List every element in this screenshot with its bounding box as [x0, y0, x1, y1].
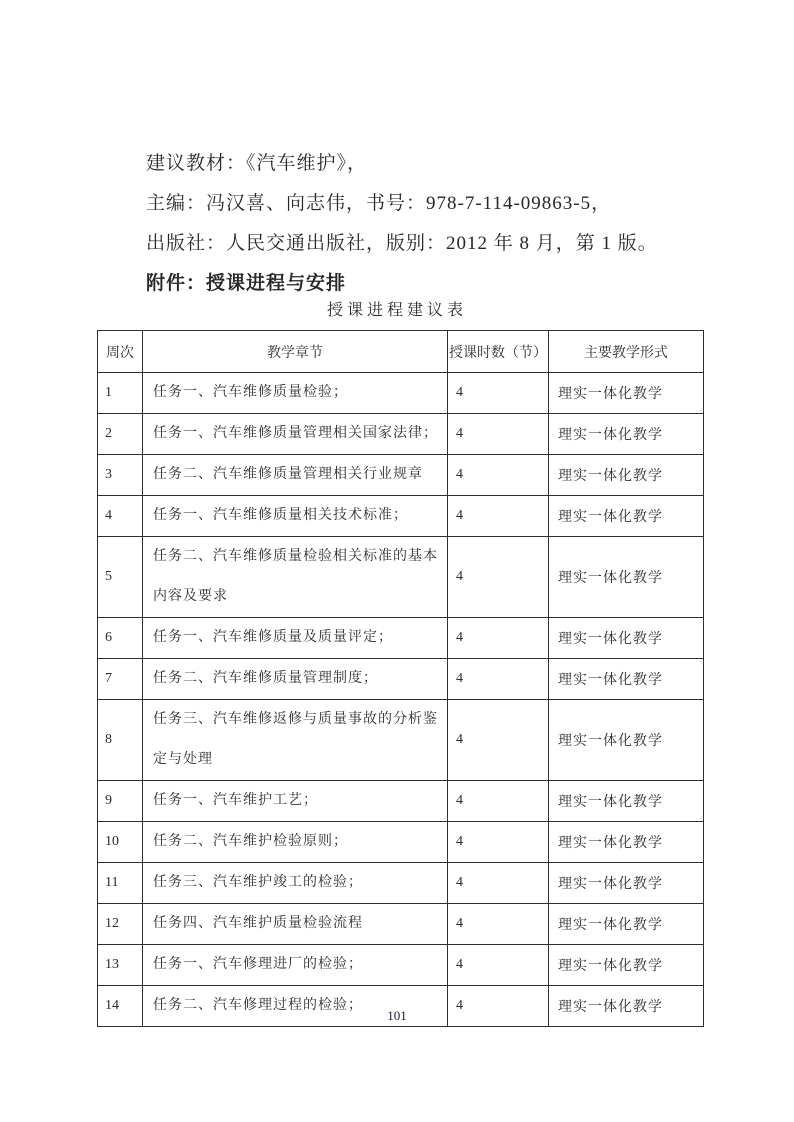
- table-row: 5 任务二、汽车维修质量检验相关标准的基本内容及要求 4 理实一体化教学: [98, 537, 704, 618]
- week-cell: 10: [98, 822, 143, 863]
- header-cell-chapter: 教学章节: [143, 331, 448, 373]
- hours-cell: 4: [448, 863, 549, 904]
- hours-cell: 4: [448, 700, 549, 781]
- table-row: 9 任务一、汽车维护工艺； 4 理实一体化教学: [98, 781, 704, 822]
- table-row: 11 任务三、汽车维护竣工的检验； 4 理实一体化教学: [98, 863, 704, 904]
- table-row: 12 任务四、汽车维护质量检验流程 4 理实一体化教学: [98, 904, 704, 945]
- form-cell: 理实一体化教学: [549, 822, 704, 863]
- week-cell: 3: [98, 455, 143, 496]
- chapter-cell: 任务一、汽车维修质量相关技术标准；: [143, 496, 448, 537]
- chapter-cell: 任务二、汽车维修质量管理制度；: [143, 659, 448, 700]
- hours-cell: 4: [448, 414, 549, 455]
- week-cell: 11: [98, 863, 143, 904]
- hours-cell: 4: [448, 537, 549, 618]
- table-row: 6 任务一、汽车维修质量及质量评定； 4 理实一体化教学: [98, 618, 704, 659]
- form-cell: 理实一体化教学: [549, 618, 704, 659]
- week-cell: 8: [98, 700, 143, 781]
- table-row: 10 任务二、汽车维护检验原则； 4 理实一体化教学: [98, 822, 704, 863]
- intro-line-textbook: 建议教材：《汽车维护》，: [146, 144, 706, 184]
- hours-cell: 4: [448, 455, 549, 496]
- table-row: 13 任务一、汽车修理进厂的检验； 4 理实一体化教学: [98, 945, 704, 986]
- header-cell-week: 周次: [98, 331, 143, 373]
- chapter-cell: 任务一、汽车修理进厂的检验；: [143, 945, 448, 986]
- hours-cell: 4: [448, 659, 549, 700]
- table-title: 授课进程建议表: [0, 297, 794, 320]
- hours-cell: 4: [448, 373, 549, 414]
- hours-cell: 4: [448, 781, 549, 822]
- table-row: 4 任务一、汽车维修质量相关技术标准； 4 理实一体化教学: [98, 496, 704, 537]
- intro-paragraph: 建议教材：《汽车维护》， 主编：冯汉喜、向志伟，书号：978-7-114-098…: [146, 144, 706, 304]
- chapter-cell: 任务三、汽车维修返修与质量事故的分析鉴定与处理: [143, 700, 448, 781]
- chapter-cell: 任务一、汽车维护工艺；: [143, 781, 448, 822]
- week-cell: 13: [98, 945, 143, 986]
- form-cell: 理实一体化教学: [549, 781, 704, 822]
- form-cell: 理实一体化教学: [549, 700, 704, 781]
- page-number: 101: [0, 1008, 794, 1024]
- header-cell-form: 主要教学形式: [549, 331, 704, 373]
- form-cell: 理实一体化教学: [549, 537, 704, 618]
- week-cell: 12: [98, 904, 143, 945]
- table-row: 1 任务一、汽车维修质量检验； 4 理实一体化教学: [98, 373, 704, 414]
- hours-cell: 4: [448, 904, 549, 945]
- table-row: 7 任务二、汽车维修质量管理制度； 4 理实一体化教学: [98, 659, 704, 700]
- header-row: 周次 教学章节 授课时数（节） 主要教学形式: [98, 331, 704, 373]
- week-cell: 7: [98, 659, 143, 700]
- chapter-cell: 任务二、汽车维护检验原则；: [143, 822, 448, 863]
- schedule-table: 周次 教学章节 授课时数（节） 主要教学形式 1 任务一、汽车维修质量检验； 4…: [97, 330, 704, 1027]
- form-cell: 理实一体化教学: [549, 496, 704, 537]
- chapter-cell: 任务三、汽车维护竣工的检验；: [143, 863, 448, 904]
- chapter-cell: 任务一、汽车维修质量检验；: [143, 373, 448, 414]
- table-row: 2 任务一、汽车维修质量管理相关国家法律； 4 理实一体化教学: [98, 414, 704, 455]
- week-cell: 6: [98, 618, 143, 659]
- form-cell: 理实一体化教学: [549, 945, 704, 986]
- week-cell: 5: [98, 537, 143, 618]
- form-cell: 理实一体化教学: [549, 904, 704, 945]
- table-row: 3 任务二、汽车维修质量管理相关行业规章 4 理实一体化教学: [98, 455, 704, 496]
- week-cell: 2: [98, 414, 143, 455]
- hours-cell: 4: [448, 618, 549, 659]
- week-cell: 9: [98, 781, 143, 822]
- hours-cell: 4: [448, 496, 549, 537]
- hours-cell: 4: [448, 945, 549, 986]
- form-cell: 理实一体化教学: [549, 414, 704, 455]
- table-row: 8 任务三、汽车维修返修与质量事故的分析鉴定与处理 4 理实一体化教学: [98, 700, 704, 781]
- hours-cell: 4: [448, 822, 549, 863]
- form-cell: 理实一体化教学: [549, 863, 704, 904]
- form-cell: 理实一体化教学: [549, 659, 704, 700]
- form-cell: 理实一体化教学: [549, 373, 704, 414]
- week-cell: 1: [98, 373, 143, 414]
- chapter-cell: 任务一、汽车维修质量管理相关国家法律；: [143, 414, 448, 455]
- form-cell: 理实一体化教学: [549, 455, 704, 496]
- intro-line-editor: 主编：冯汉喜、向志伟，书号：978-7-114-09863-5，: [146, 184, 706, 224]
- chapter-cell: 任务二、汽车维修质量检验相关标准的基本内容及要求: [143, 537, 448, 618]
- intro-line-publisher: 出版社：人民交通出版社，版别：2012 年 8 月，第 1 版。: [146, 224, 706, 264]
- header-cell-hours: 授课时数（节）: [448, 331, 549, 373]
- week-cell: 4: [98, 496, 143, 537]
- chapter-cell: 任务四、汽车维护质量检验流程: [143, 904, 448, 945]
- chapter-cell: 任务一、汽车维修质量及质量评定；: [143, 618, 448, 659]
- chapter-cell: 任务二、汽车维修质量管理相关行业规章: [143, 455, 448, 496]
